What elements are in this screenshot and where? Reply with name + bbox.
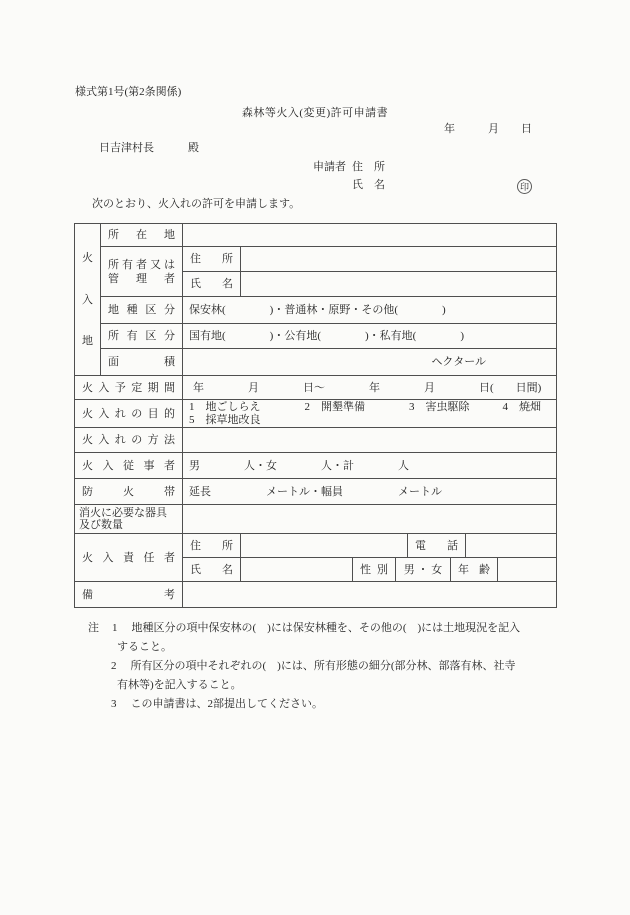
note-number: 3 bbox=[111, 698, 117, 710]
site-group-char: 地 bbox=[82, 334, 93, 348]
age-label: 年齢 bbox=[451, 558, 498, 581]
site-group-column: 火 入 地 bbox=[75, 224, 101, 375]
applicant-address-label: 住 所 bbox=[352, 161, 385, 173]
addressee-honorific: 殿 bbox=[188, 142, 199, 154]
note-line-5: 3この申請書は、2部提出してください。 bbox=[88, 695, 578, 714]
seal-icon: 印 bbox=[517, 179, 532, 194]
remarks-label: 備考 bbox=[75, 582, 183, 607]
application-form-page: 様式第1号(第2条関係) 森林等火入(変更)許可申請書 年 月 日 日吉津村長殿… bbox=[0, 0, 630, 915]
form-number: 様式第1号(第2条関係) bbox=[75, 85, 181, 99]
owner-name-row: 氏名 bbox=[183, 272, 556, 296]
note-line-4: 有林等)を記入すること。 bbox=[88, 676, 578, 695]
owner-label-line1: 所有者又は bbox=[108, 258, 175, 272]
applicant-line: 申請者住 所 bbox=[313, 160, 385, 174]
workers-label: 火入従事者 bbox=[75, 453, 183, 478]
resp-address-field bbox=[241, 534, 408, 557]
row-land-type: 地種区分 保安林( )・普通林・原野・その他( ) bbox=[101, 297, 556, 324]
period-label: 火入予定期間 bbox=[75, 376, 183, 399]
note-number: 2 bbox=[111, 660, 117, 672]
row-responsible: 火入責任者 住所 電話 氏名 性別 男 ・ 女 年齢 bbox=[75, 534, 556, 582]
owner-name-label: 氏名 bbox=[183, 272, 241, 296]
ownership-options: 国有地( )・公有地( )・私有地( ) bbox=[183, 324, 556, 348]
applicant-name-label: 氏 名 bbox=[352, 178, 385, 192]
owner-label: 所有者又は 管理者 bbox=[101, 247, 183, 296]
note-text: この申請書は、2部提出してください。 bbox=[131, 698, 324, 710]
location-label: 所在地 bbox=[101, 224, 183, 246]
phone-value-field bbox=[466, 534, 556, 557]
ownership-label: 所有区分 bbox=[101, 324, 183, 348]
note-mark: 注 bbox=[88, 622, 99, 634]
note-line-3: 2所有区分の項中それぞれの( )には、所有形態の細分(部分林、部落有林、社寺 bbox=[88, 657, 578, 676]
form-title: 森林等火入(変更)許可申請書 bbox=[0, 106, 630, 120]
equipment-value-field bbox=[183, 505, 556, 533]
responsible-sub-rows: 住所 電話 氏名 性別 男 ・ 女 年齢 bbox=[183, 534, 556, 581]
owner-sub-rows: 住所 氏名 bbox=[183, 247, 556, 296]
sex-options: 男 ・ 女 bbox=[396, 558, 451, 581]
method-value-field bbox=[183, 428, 556, 452]
purpose-label: 火入れの目的 bbox=[75, 400, 183, 427]
note-line-1: 注1地種区分の項中保安林の( )には保安林種を、その他の( )には土地現況を記入 bbox=[88, 619, 578, 638]
equipment-label: 消火に必要な器具 及び数量 bbox=[75, 505, 183, 533]
addressee-line: 日吉津村長殿 bbox=[99, 141, 199, 155]
equipment-label-line2: 及び数量 bbox=[79, 519, 179, 531]
row-equipment: 消火に必要な器具 及び数量 bbox=[75, 505, 556, 534]
row-remarks: 備考 bbox=[75, 582, 556, 607]
firebreak-label: 防火帯 bbox=[75, 479, 183, 504]
responsible-label: 火入責任者 bbox=[75, 534, 183, 581]
row-firebreak: 防火帯 延長 メートル・幅員 メートル bbox=[75, 479, 556, 505]
row-owner: 所有者又は 管理者 住所 氏名 bbox=[101, 247, 556, 297]
location-value-field bbox=[183, 224, 556, 246]
note-text: 所有区分の項中それぞれの( )には、所有形態の細分(部分林、部落有林、社寺 bbox=[131, 660, 516, 672]
resp-name-label: 氏名 bbox=[183, 558, 241, 581]
owner-address-field bbox=[241, 247, 556, 271]
owner-label-line2: 管理者 bbox=[108, 272, 175, 286]
responsible-name-row: 氏名 性別 男 ・ 女 年齢 bbox=[183, 558, 556, 581]
site-section-body: 所在地 所有者又は 管理者 住所 氏名 bbox=[101, 224, 556, 375]
application-table: 火 入 地 所在地 所有者又は 管理者 住所 bbox=[74, 223, 557, 608]
resp-address-label: 住所 bbox=[183, 534, 241, 557]
note-text: 有林等)を記入すること。 bbox=[117, 679, 242, 691]
row-period: 火入予定期間 年 月 日～ 年 月 日( 日間) bbox=[75, 376, 556, 400]
row-workers: 火入従事者 男 人・女 人・計 人 bbox=[75, 453, 556, 479]
applicant-label: 申請者 bbox=[313, 161, 346, 173]
area-label: 面積 bbox=[101, 349, 183, 375]
addressee-name: 日吉津村長 bbox=[99, 142, 154, 154]
period-value: 年 月 日～ 年 月 日( 日間) bbox=[183, 376, 556, 399]
note-text: すること。 bbox=[117, 641, 172, 653]
land-type-label: 地種区分 bbox=[101, 297, 183, 323]
equipment-label-line1: 消火に必要な器具 bbox=[79, 507, 179, 519]
site-section: 火 入 地 所在地 所有者又は 管理者 住所 bbox=[75, 224, 556, 376]
owner-address-row: 住所 bbox=[183, 247, 556, 272]
note-number: 1 bbox=[112, 622, 118, 634]
row-purpose: 火入れの目的 1 地ごしらえ 2 開墾準備 3 害虫駆除 4 焼畑 5 採草地改… bbox=[75, 400, 556, 428]
owner-address-label: 住所 bbox=[183, 247, 241, 271]
firebreak-value: 延長 メートル・幅員 メートル bbox=[183, 479, 556, 504]
remarks-value-field bbox=[183, 582, 556, 607]
date-line: 年 月 日 bbox=[444, 122, 532, 136]
site-group-char: 入 bbox=[82, 293, 93, 307]
phone-label: 電話 bbox=[408, 534, 466, 557]
age-value-field bbox=[498, 558, 556, 581]
purpose-options: 1 地ごしらえ 2 開墾準備 3 害虫駆除 4 焼畑 5 採草地改良 bbox=[183, 400, 556, 427]
responsible-address-row: 住所 電話 bbox=[183, 534, 556, 558]
workers-value: 男 人・女 人・計 人 bbox=[183, 453, 556, 478]
purpose-options-line2: 5 採草地改良 bbox=[189, 414, 556, 427]
intro-text: 次のとおり、火入れの許可を申請します。 bbox=[92, 197, 300, 211]
site-group-char: 火 bbox=[82, 251, 93, 265]
method-label: 火入れの方法 bbox=[75, 428, 183, 452]
note-text: 地種区分の項中保安林の( )には保安林種を、その他の( )には土地現況を記入 bbox=[132, 622, 521, 634]
owner-name-field bbox=[241, 272, 556, 296]
note-line-2: すること。 bbox=[88, 638, 578, 657]
resp-name-field bbox=[241, 558, 353, 581]
sex-label: 性別 bbox=[353, 558, 396, 581]
land-type-options: 保安林( )・普通林・原野・その他( ) bbox=[183, 297, 556, 323]
notes-section: 注1地種区分の項中保安林の( )には保安林種を、その他の( )には土地現況を記入… bbox=[88, 619, 578, 714]
row-location: 所在地 bbox=[101, 224, 556, 247]
row-method: 火入れの方法 bbox=[75, 428, 556, 453]
area-unit: ヘクタール bbox=[183, 349, 556, 375]
purpose-options-line1: 1 地ごしらえ 2 開墾準備 3 害虫駆除 4 焼畑 bbox=[189, 401, 556, 414]
row-ownership: 所有区分 国有地( )・公有地( )・私有地( ) bbox=[101, 324, 556, 349]
row-area: 面積 ヘクタール bbox=[101, 349, 556, 375]
